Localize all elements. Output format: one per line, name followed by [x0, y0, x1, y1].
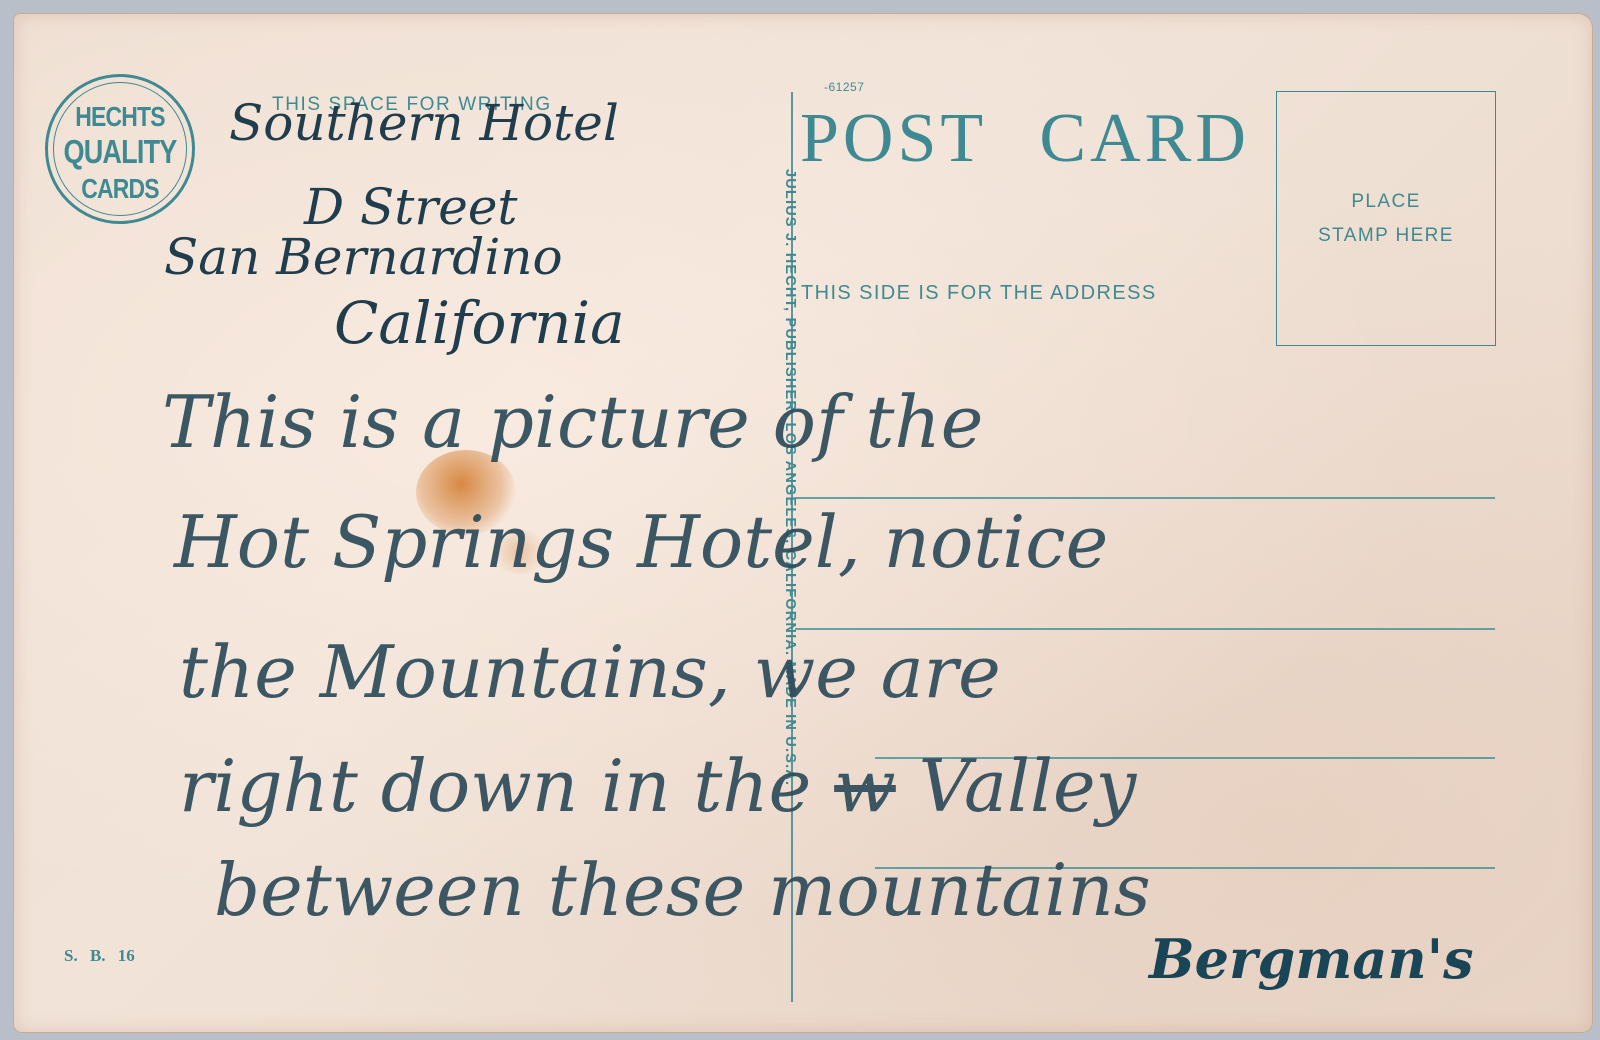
stamp-box-text: STAMP HERE — [1318, 219, 1454, 253]
handwritten-address-line: Southern Hotel — [229, 98, 619, 148]
stamp-box: PLACE STAMP HERE — [1276, 91, 1496, 346]
logo-text: CARDS — [61, 173, 179, 205]
handwritten-message-line: This is a picture of the — [162, 386, 983, 458]
handwritten-message-line: right down in the w Valley — [179, 750, 1136, 822]
handwritten-address-line: D Street — [304, 182, 518, 232]
handwritten-address-line: California — [334, 294, 625, 352]
message-text: Valley — [919, 744, 1137, 828]
struck-text: w — [834, 744, 896, 828]
post-card-title: POST CARD — [800, 104, 1250, 174]
logo-text: HECHTS — [61, 101, 179, 133]
series-code: S. B. 16 — [64, 946, 135, 966]
postcard: HECHTS QUALITY CARDS THIS SPACE FOR WRIT… — [14, 14, 1592, 1032]
serial-number: -61257 — [824, 80, 864, 94]
hechts-quality-cards-logo: HECHTS QUALITY CARDS — [45, 74, 195, 224]
stamp-box-text: PLACE — [1351, 185, 1420, 219]
handwritten-message-line: Hot Springs Hotel, notice — [174, 506, 1108, 578]
handwritten-message-line: between these mountains — [214, 854, 1151, 926]
handwritten-address-line: San Bernardino — [164, 232, 563, 282]
signature: Bergman's — [1149, 932, 1474, 986]
address-line — [795, 497, 1495, 499]
handwritten-message-line: the Mountains, we are — [179, 636, 1001, 708]
logo-text: QUALITY — [61, 133, 179, 171]
message-text: right down in the — [179, 744, 811, 828]
address-side-label: THIS SIDE IS FOR THE ADDRESS — [801, 282, 1157, 305]
